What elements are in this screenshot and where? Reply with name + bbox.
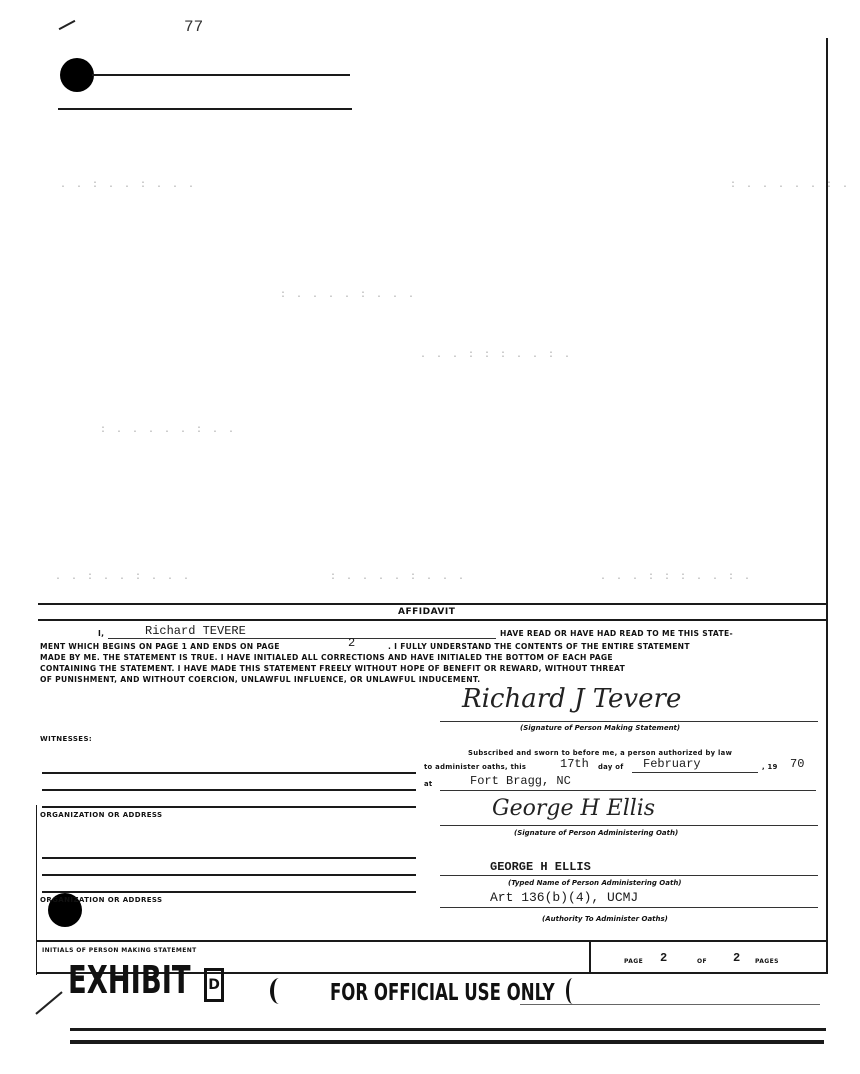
affiant-name: Richard TEVERE <box>145 624 246 638</box>
affiant-name-line <box>108 638 496 639</box>
exhibit-stamp: EXHIBIT <box>68 958 191 1002</box>
witness-line-3 <box>42 806 416 808</box>
admin-signature-line <box>440 825 818 826</box>
typed-name-line <box>440 875 818 876</box>
faded-text-row: . . . : : : . . : . <box>420 350 572 361</box>
stroke-mark <box>59 20 76 30</box>
form-right-border <box>826 38 828 974</box>
pages-label: PAGES <box>755 958 779 965</box>
typed-name-caption: (Typed Name of Person Administering Oath… <box>508 879 682 887</box>
exhibit-mark-letter: D <box>207 971 221 999</box>
affidavit-line3: MADE BY ME. THE STATEMENT IS TRUE. I HAV… <box>40 652 613 663</box>
oath-day: 17th <box>560 757 589 771</box>
header-rule-1 <box>92 74 350 76</box>
faded-text-row: . . : . . : . . . <box>60 180 196 191</box>
of-label: OF <box>697 958 707 965</box>
affidavit-title: AFFIDAVIT <box>398 607 455 617</box>
statement-signature-line <box>440 721 818 722</box>
official-use-underline <box>520 1004 820 1005</box>
footer-top-rule <box>36 940 828 942</box>
oath-month: February <box>643 757 701 771</box>
statement-signature: Richard J Tevere <box>462 684 681 714</box>
bracket-mark-1 <box>270 978 288 1004</box>
organization-label-2: ORGANIZATION OR ADDRESS <box>40 896 163 904</box>
authority-line <box>440 907 818 908</box>
header-marks: 77 <box>184 18 203 36</box>
faded-text-row: : . . . . : . . . <box>330 572 466 583</box>
oath-authority: Art 136(b)(4), UCMJ <box>490 890 638 905</box>
exhibit-mark-box: D <box>204 968 224 1002</box>
authority-caption: (Authority To Administer Oaths) <box>542 915 668 923</box>
total-pages: 2 <box>733 951 740 965</box>
admin-signature: George H Ellis <box>492 796 655 821</box>
day-of-label: day of <box>598 762 623 773</box>
affidavit-title-rule <box>38 619 828 621</box>
form-left-border <box>36 805 37 975</box>
affidavit-line2-prefix: MENT WHICH BEGINS ON PAGE 1 AND ENDS ON … <box>40 641 280 652</box>
witness-line-2 <box>42 789 416 791</box>
org-line-2 <box>42 874 416 876</box>
affidavit-top-rule <box>38 603 828 605</box>
initials-label: INITIALS OF PERSON MAKING STATEMENT <box>42 947 197 954</box>
witnesses-label: WITNESSES: <box>40 735 92 743</box>
oath-year: 70 <box>790 757 804 771</box>
official-use-label: FOR OFFICIAL USE ONLY <box>330 980 555 1006</box>
affidavit-line4: CONTAINING THE STATEMENT. I HAVE MADE TH… <box>40 663 625 674</box>
subscribed-line2-prefix: to administer oaths, this <box>424 762 526 773</box>
org-line-1 <box>42 857 416 859</box>
affidavit-line2-suffix: . I FULLY UNDERSTAND THE CONTENTS OF THE… <box>388 641 690 652</box>
oath-month-line <box>632 772 758 773</box>
typed-admin-name: GEORGE H ELLIS <box>490 860 591 874</box>
page-number: 2 <box>660 951 667 965</box>
end-page-number: 2 <box>348 636 355 650</box>
oath-location: Fort Bragg, NC <box>470 774 571 788</box>
affidavit-line1-suffix: HAVE READ OR HAVE HAD READ TO ME THIS ST… <box>500 628 733 639</box>
page-label: PAGE <box>624 958 643 965</box>
organization-label-1: ORGANIZATION OR ADDRESS <box>40 811 163 819</box>
affidavit-line5: OF PUNISHMENT, AND WITHOUT COERCION, UNL… <box>40 674 480 685</box>
admin-signature-caption: (Signature of Person Administering Oath) <box>514 829 678 837</box>
org-line-3 <box>42 891 416 893</box>
page-box-divider <box>589 941 591 972</box>
header-rule-2 <box>58 108 352 110</box>
year-prefix: , 19 <box>762 762 778 773</box>
witness-line-1 <box>42 772 416 774</box>
bottom-rule-1 <box>70 1028 826 1031</box>
bracket-mark-2 <box>566 978 579 1004</box>
faded-text-row: : . . . . . : . . <box>730 180 860 191</box>
bottom-rule-2 <box>70 1040 824 1044</box>
statement-signature-caption: (Signature of Person Making Statement) <box>520 724 680 732</box>
faded-text-row: : . . . . : . . . <box>280 290 416 301</box>
affidavit-i-label: I, <box>98 628 104 639</box>
at-label: at <box>424 779 432 790</box>
arrow-mark <box>35 991 62 1014</box>
oath-location-line <box>440 790 816 791</box>
faded-text-row: : . . . . . : . . <box>100 425 236 436</box>
faded-text-row: . . . : : : . . : . <box>600 572 752 583</box>
punch-hole-top <box>60 58 94 92</box>
faded-text-row: . . : . . : . . . <box>55 572 191 583</box>
